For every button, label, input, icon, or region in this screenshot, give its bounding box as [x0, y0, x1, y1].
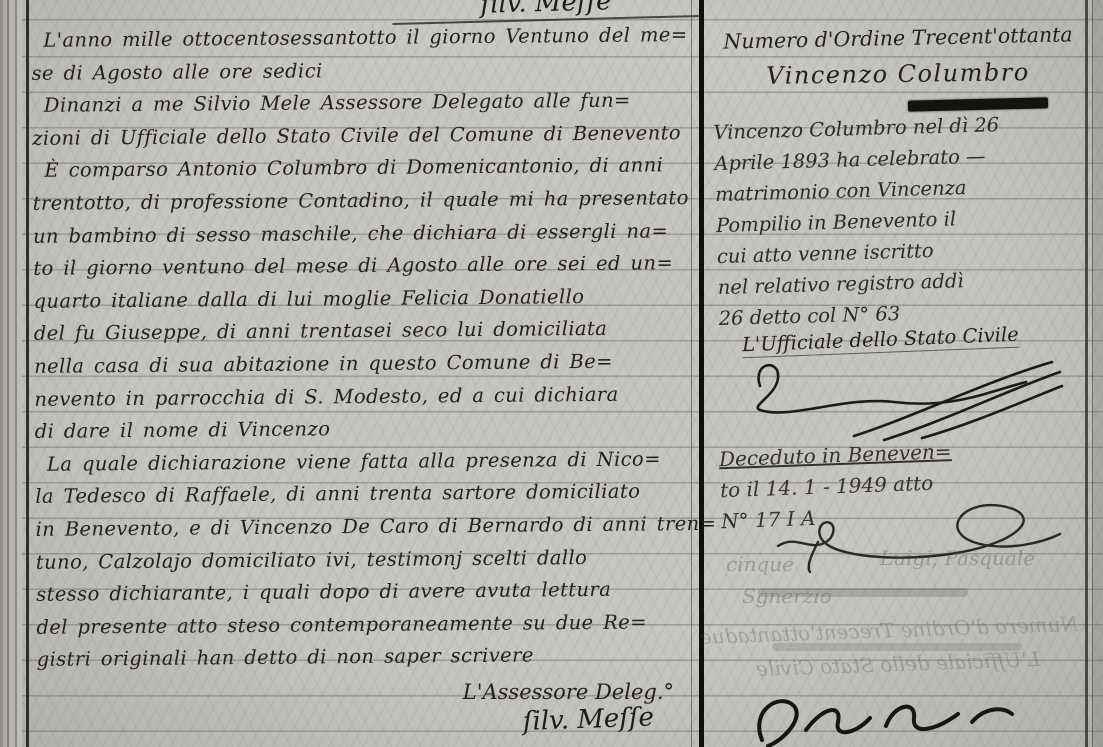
civil-register-page: ſilv. Meſſe L'anno mille ottocentosessan…: [0, 0, 1103, 747]
assessor-role-label: L'Assessore Deleg.°: [34, 680, 720, 704]
registered-name: Vincenzo Columbro: [712, 57, 1084, 90]
act-line: nella casa di sua abitazione in questo C…: [34, 345, 688, 383]
right-edge-rule-outer: [1085, 0, 1088, 747]
right-page-edge: [1093, 0, 1103, 747]
act-line: to il giorno ventuno del mese di Agosto …: [33, 247, 687, 285]
act-line: nevento in parrocchia di S. Modesto, ed …: [34, 378, 688, 416]
left-margin-rule: [26, 0, 29, 747]
officer-signature-flourish: [726, 352, 1066, 444]
act-line: gistri originali han detto di non saper …: [37, 638, 691, 676]
ghost-text: Luigi, Pasquale: [880, 546, 1035, 570]
column-divider-thin: [691, 0, 692, 747]
act-line: del presente atto steso contemporaneamen…: [36, 606, 690, 644]
ink-smudge: [758, 588, 968, 597]
act-line: trentotto, di professione Contadino, il …: [33, 182, 687, 220]
clerk-signature-fragment: [740, 688, 1050, 747]
act-line: Dinanzi a me Silvio Mele Assessore Deleg…: [32, 84, 686, 122]
act-line: L'anno mille ottocentosessantotto il gio…: [31, 19, 685, 57]
margin-annotation-column: Numero d'Ordine Trecent'ottanta Vincenzo…: [712, 0, 1084, 747]
ghost-text-mirrored: L'Ufficiale dello Stato Civile: [718, 646, 1079, 683]
act-line: stesso dichiarante, i quali dopo di aver…: [36, 573, 690, 611]
birth-act-text: L'anno mille ottocentosessantotto il gio…: [31, 19, 691, 677]
ink-smudge: [772, 643, 1022, 651]
marriage-annotation: Vincenzo Columbro nel dì 26 Aprile 1893 …: [713, 107, 1083, 334]
assessor-signature: ſilv. Meſſe: [34, 700, 725, 747]
act-line: in Benevento, e di Vincenzo De Caro di B…: [35, 508, 689, 546]
ghost-text: cinque: [726, 552, 794, 576]
page-binding-edge: [0, 0, 22, 747]
order-number-label: Numero d'Ordine Trecent'ottanta: [712, 22, 1084, 54]
